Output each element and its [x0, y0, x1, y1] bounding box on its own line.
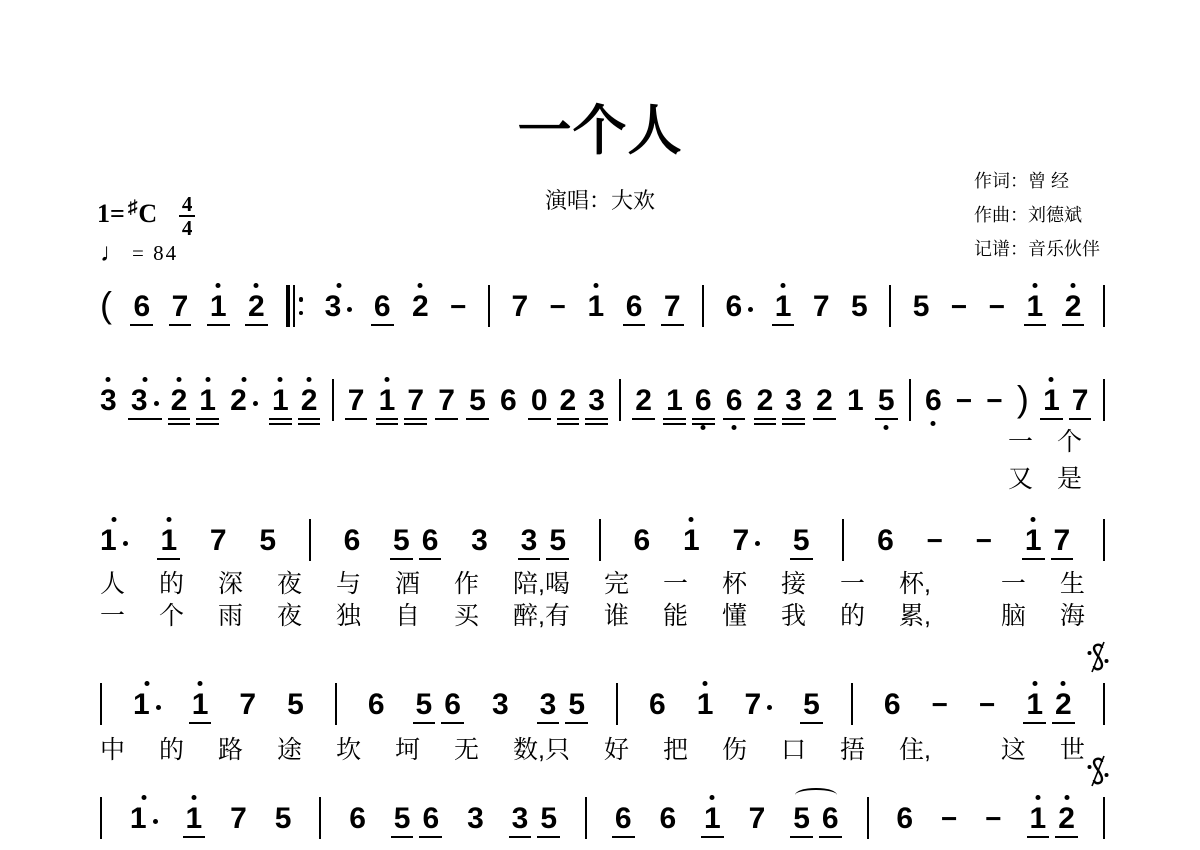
- note: 2: [1065, 292, 1082, 322]
- barline: [1103, 519, 1105, 561]
- beam-group: 35: [540, 690, 585, 720]
- underline: [269, 423, 292, 426]
- note-digit: 5: [913, 292, 930, 322]
- note-digit: 3: [512, 804, 529, 834]
- lyricist-credit: 作词：曾 经: [974, 164, 1100, 198]
- underline: [723, 418, 746, 421]
- note-digit: 7: [348, 386, 365, 416]
- note-digit: 3: [100, 386, 117, 416]
- note-digit: 1: [133, 690, 150, 720]
- octave-dot-high: [307, 377, 312, 382]
- note: 1: [1027, 292, 1044, 322]
- note-digit: 3: [588, 386, 605, 416]
- note: 1: [775, 292, 792, 322]
- lyric-syllable: 一: [663, 570, 688, 598]
- lyric-syllable: 自: [395, 602, 420, 630]
- underline: [1069, 418, 1092, 421]
- octave-dot-high: [141, 795, 146, 800]
- note: 2: [816, 386, 833, 416]
- underline: [537, 722, 560, 725]
- tempo-value: = 84: [132, 241, 178, 266]
- note-digit: 2: [1065, 292, 1082, 322]
- octave-dot-high: [1071, 283, 1076, 288]
- lyric-syllable: 好: [604, 736, 629, 764]
- note: 3: [785, 386, 802, 416]
- note: 5: [793, 804, 810, 834]
- dash: −: [941, 804, 957, 834]
- note: 7: [732, 526, 760, 556]
- note: 5: [540, 804, 557, 834]
- note-digit: 6: [626, 292, 643, 322]
- time-signature-numerator: 4: [182, 194, 193, 214]
- beam-group: 12: [1026, 690, 1071, 720]
- underline: [345, 418, 368, 421]
- underline: [245, 324, 268, 327]
- lyric-syllable: 世: [1060, 736, 1085, 764]
- underline: [1040, 418, 1063, 421]
- note-digit: 3: [471, 526, 488, 556]
- note-digit: 3: [325, 292, 342, 322]
- note-digit: 1: [272, 386, 289, 416]
- underline: [557, 423, 580, 426]
- underline: [632, 418, 655, 421]
- key-signature: 1=♯C 4 4: [97, 192, 195, 236]
- note: 5: [469, 386, 486, 416]
- note: 6: [726, 386, 743, 416]
- barline: [1103, 285, 1105, 327]
- underline: [130, 324, 153, 327]
- barline: [309, 519, 311, 561]
- octave-dot-high: [336, 283, 341, 288]
- note: 7: [1072, 386, 1089, 416]
- octave-dot-high: [191, 795, 196, 800]
- note-digit: 6: [877, 526, 894, 556]
- barline: [909, 379, 911, 421]
- underline: [128, 418, 162, 421]
- note: 7: [1054, 526, 1071, 556]
- note-digit: 1: [775, 292, 792, 322]
- note-digit: 1: [1043, 386, 1060, 416]
- lyric-syllable: 的: [840, 602, 865, 630]
- dash: −: [951, 292, 967, 322]
- time-signature-denominator: 4: [182, 218, 193, 238]
- note-digit: 2: [301, 386, 318, 416]
- note: 5: [878, 386, 895, 416]
- note: 7: [407, 386, 424, 416]
- lyric-syllable: 杯,: [899, 570, 931, 598]
- notation-line-1: (6712362−7−16761755−−12: [100, 282, 1105, 322]
- note: 1: [683, 526, 700, 556]
- note-digit: 2: [757, 386, 774, 416]
- beam-group: 12: [1030, 804, 1075, 834]
- note: 5: [793, 526, 810, 556]
- lyric-syllable: 接: [781, 570, 806, 598]
- note-digit: 3: [131, 386, 148, 416]
- note-digit: 5: [393, 526, 410, 556]
- note: 2: [560, 386, 577, 416]
- note: 6: [500, 386, 517, 416]
- note-digit: 6: [500, 386, 517, 416]
- underline: [772, 324, 795, 327]
- octave-dot-high: [710, 795, 715, 800]
- note: 1: [160, 526, 177, 556]
- lyric-row-verse1: 人的深夜与酒作陪,喝完一杯接一杯,一生: [100, 570, 1085, 598]
- note-digit: 5: [878, 386, 895, 416]
- underline: [441, 722, 464, 725]
- lyric-syllable: 脑: [1001, 602, 1026, 630]
- note-digit: 1: [1025, 526, 1042, 556]
- underline: [1055, 836, 1078, 839]
- octave-dot-high: [254, 283, 259, 288]
- underline: [419, 836, 442, 839]
- note-digit: 2: [1055, 690, 1072, 720]
- augmentation-dot: [153, 819, 158, 824]
- repeat-dots: [299, 297, 304, 315]
- note-digit: 6: [925, 386, 942, 416]
- note-digit: 3: [540, 690, 557, 720]
- note: 2: [412, 292, 429, 322]
- barline: [1103, 379, 1105, 421]
- note: 6: [925, 386, 942, 416]
- barline: [1103, 683, 1105, 725]
- note-digit: 5: [549, 526, 566, 556]
- note: 3: [131, 386, 159, 416]
- final-barline-with-segno: [1103, 797, 1105, 834]
- note-digit: 7: [512, 292, 529, 322]
- underline: [157, 558, 180, 561]
- note-digit: 5: [394, 804, 411, 834]
- lyric-syllable: 人: [100, 570, 125, 598]
- beam-group: 17: [1043, 386, 1088, 416]
- augmentation-dot: [748, 307, 753, 312]
- final-barline-with-segno: [1103, 683, 1105, 720]
- note-digit: 1: [683, 526, 700, 556]
- underline: [196, 423, 219, 426]
- note-digit: 5: [793, 526, 810, 556]
- lyric-syllable: 作: [454, 570, 479, 598]
- note-digit: 6: [344, 526, 361, 556]
- octave-dot-high: [1032, 283, 1037, 288]
- note-digit: 1: [697, 690, 714, 720]
- note: 6: [822, 804, 839, 834]
- octave-dot-high: [111, 517, 116, 522]
- note: 6: [349, 804, 366, 834]
- lyric-row: 又是: [1008, 461, 1082, 498]
- underline: [800, 722, 823, 725]
- underline: [1023, 722, 1046, 725]
- note: 2: [635, 386, 652, 416]
- note-digit: 6: [444, 690, 461, 720]
- lyric-syllable: 这: [1001, 736, 1026, 764]
- lyric-syllable: 能: [663, 602, 688, 630]
- octave-dot-high: [1031, 517, 1036, 522]
- underline: [701, 836, 724, 839]
- lyric-syllable: 个: [1057, 424, 1082, 461]
- dash: −: [927, 526, 943, 556]
- note: 1: [704, 804, 721, 834]
- note: 6: [368, 690, 385, 720]
- note-digit: 6: [615, 804, 632, 834]
- lyric-syllable: 个: [159, 602, 184, 630]
- note-digit: 1: [186, 804, 203, 834]
- note-digit: 7: [407, 386, 424, 416]
- lyric-syllable: 口: [781, 736, 806, 764]
- note-digit: 5: [275, 804, 292, 834]
- note: 5: [287, 690, 304, 720]
- note: 5: [393, 526, 410, 556]
- octave-dot-high: [198, 681, 203, 686]
- underline: [298, 423, 321, 426]
- underline: [754, 423, 777, 426]
- note: 2: [171, 386, 188, 416]
- note: 2: [230, 386, 258, 416]
- underline: [168, 418, 191, 421]
- beam-group: 16: [666, 386, 711, 416]
- quarter-note-icon: ♩: [100, 238, 126, 268]
- note-digit: 1: [130, 804, 147, 834]
- lyric-syllable: 懂: [722, 602, 747, 630]
- note-digit: 1: [192, 690, 209, 720]
- note: 2: [1055, 690, 1072, 720]
- note-digit: 3: [521, 526, 538, 556]
- lyric-syllable: 又: [1008, 461, 1033, 498]
- lyric-syllable: 海: [1060, 602, 1085, 630]
- note-digit: 5: [259, 526, 276, 556]
- octave-dot-high: [144, 681, 149, 686]
- note: 7: [210, 526, 227, 556]
- lyric-syllable: 醉,有: [513, 602, 570, 630]
- octave-dot-high: [142, 377, 147, 382]
- augmentation-dot: [253, 401, 258, 406]
- note: 2: [757, 386, 774, 416]
- beam-group: 12: [272, 386, 317, 416]
- note: 6: [726, 292, 754, 322]
- note-digit: 1: [100, 526, 117, 556]
- note-digit: 2: [248, 292, 265, 322]
- note: 3: [467, 804, 484, 834]
- note-digit: 7: [664, 292, 681, 322]
- note: 1: [1025, 526, 1042, 556]
- note-digit: 6: [726, 386, 743, 416]
- underline: [754, 418, 777, 421]
- octave-dot-high: [1049, 377, 1054, 382]
- barline: [599, 519, 601, 561]
- dash: −: [989, 292, 1005, 322]
- note-digit: 5: [851, 292, 868, 322]
- lyric-syllable: 途: [277, 736, 302, 764]
- underline: [207, 324, 230, 327]
- repeat-thin-bar: [293, 285, 295, 327]
- note: 5: [549, 526, 566, 556]
- octave-dot-high: [216, 283, 221, 288]
- augmentation-dot: [755, 541, 760, 546]
- composer-credit: 作曲：刘德斌: [974, 198, 1100, 232]
- repeat-open-icon: [286, 285, 303, 327]
- note-digit: 7: [732, 526, 749, 556]
- underline: [435, 418, 458, 421]
- note: 3: [540, 690, 557, 720]
- note-digit: 2: [230, 386, 247, 416]
- lyric-syllable: 伤: [722, 736, 747, 764]
- underline: [528, 418, 551, 421]
- note: 1: [192, 690, 209, 720]
- note-digit: 5: [568, 690, 585, 720]
- dash: −: [450, 292, 466, 322]
- note-digit: 6: [822, 804, 839, 834]
- lyric-syllable: 杯: [722, 570, 747, 598]
- key-letter: C: [138, 199, 157, 229]
- underline: [813, 418, 836, 421]
- lyric-syllable: [965, 736, 967, 764]
- lyric-syllable: [965, 602, 967, 630]
- octave-dot-high: [166, 517, 171, 522]
- note: 1: [588, 292, 605, 322]
- note-digit: 6: [133, 292, 150, 322]
- beam-group: 023: [531, 386, 605, 416]
- underline: [1052, 722, 1075, 725]
- note: 6: [695, 386, 712, 416]
- beam-group: 35: [512, 804, 557, 834]
- note: 6: [422, 804, 439, 834]
- octave-dot-high: [1035, 795, 1040, 800]
- beam-group: 56: [394, 804, 439, 834]
- note-digit: 1: [666, 386, 683, 416]
- note-digit: 1: [199, 386, 216, 416]
- underline: [196, 418, 219, 421]
- repeat-thick-bar: [286, 285, 290, 327]
- beam-group: 321: [131, 386, 216, 416]
- note: 3: [588, 386, 605, 416]
- dash: −: [986, 386, 1002, 416]
- note: 1: [379, 386, 396, 416]
- octave-dot-high: [278, 377, 283, 382]
- note-digit: 7: [210, 526, 227, 556]
- augmentation-dot: [347, 307, 352, 312]
- note-digit: 2: [171, 386, 188, 416]
- note-digit: 1: [588, 292, 605, 322]
- underline: [875, 418, 898, 421]
- lyric-syllable: 一: [100, 602, 125, 630]
- note-digit: 3: [785, 386, 802, 416]
- octave-dot-high: [205, 377, 210, 382]
- note: 6: [626, 292, 643, 322]
- underline: [546, 558, 569, 561]
- slur-group: 56: [793, 804, 838, 834]
- beam-group: 56: [393, 526, 438, 556]
- note-digit: 6: [649, 690, 666, 720]
- note: 6: [896, 804, 913, 834]
- augmentation-dot: [156, 705, 161, 710]
- note-digit: 1: [210, 292, 227, 322]
- note: 0: [531, 386, 548, 416]
- note-digit: 7: [1054, 526, 1071, 556]
- note: 7: [744, 690, 772, 720]
- paren-open: (: [100, 288, 112, 322]
- underline: [663, 418, 686, 421]
- underline: [419, 558, 442, 561]
- note: 7: [664, 292, 681, 322]
- note: 3: [492, 690, 509, 720]
- lyric-syllable: 一: [1008, 424, 1033, 461]
- lyric-syllable: 住,: [899, 736, 931, 764]
- note-digit: 1: [847, 386, 864, 416]
- lyric-syllable: 生: [1060, 570, 1085, 598]
- underline: [298, 418, 321, 421]
- octave-dot-high: [689, 517, 694, 522]
- note: 1: [100, 526, 128, 556]
- octave-dot-high: [593, 283, 598, 288]
- note-digit: 6: [659, 804, 676, 834]
- octave-dot-high: [703, 681, 708, 686]
- note-digit: 3: [492, 690, 509, 720]
- underline: [1051, 558, 1074, 561]
- octave-dot-high: [106, 377, 111, 382]
- augmentation-dot: [767, 705, 772, 710]
- note-digit: 1: [160, 526, 177, 556]
- note: 5: [259, 526, 276, 556]
- underline: [371, 324, 394, 327]
- key-prefix: 1=: [97, 199, 125, 229]
- time-signature: 4 4: [179, 194, 195, 238]
- note-digit: 2: [1058, 804, 1075, 834]
- underline: [509, 836, 532, 839]
- note: 6: [344, 526, 361, 556]
- note-digit: 7: [230, 804, 247, 834]
- underline: [692, 423, 715, 426]
- slur-arc: [795, 788, 836, 802]
- dash: −: [976, 526, 992, 556]
- note-digit: 6: [349, 804, 366, 834]
- underline: [782, 418, 805, 421]
- repeat-dot: [299, 297, 304, 302]
- notation-line-4: 117565633561756−−12: [100, 680, 1105, 720]
- barline: [335, 683, 337, 725]
- note: 7: [438, 386, 455, 416]
- barline: [100, 797, 102, 839]
- lyric-syllable: 是: [1057, 461, 1082, 498]
- note: 7: [749, 804, 766, 834]
- lyric-row-verse2: 一个雨夜独自买醉,有谁能懂我的累,脑海: [100, 602, 1085, 630]
- note: 7: [348, 386, 365, 416]
- underline: [782, 423, 805, 426]
- note: 1: [210, 292, 227, 322]
- underline: [391, 836, 414, 839]
- lyric-line-end-block: 一个 又是: [1008, 424, 1082, 498]
- underline: [413, 722, 436, 725]
- note: 6: [634, 526, 651, 556]
- segno-icon: [1087, 755, 1109, 787]
- note: 1: [1043, 386, 1060, 416]
- underline: [692, 418, 715, 421]
- underline: [537, 836, 560, 839]
- lyric-syllable: 一: [840, 570, 865, 598]
- lyric-syllable: 把: [663, 736, 688, 764]
- underline: [169, 324, 192, 327]
- beam-group: 35: [521, 526, 566, 556]
- note-digit: 5: [793, 804, 810, 834]
- note: 6: [884, 690, 901, 720]
- underline: [623, 324, 646, 327]
- sharp-icon: ♯: [128, 197, 138, 219]
- dash: −: [979, 690, 995, 720]
- transcriber-credit: 记谱：音乐伙伴: [974, 232, 1100, 266]
- note-digit: 6: [374, 292, 391, 322]
- note-digit: 7: [749, 804, 766, 834]
- lyric-syllable: 夜: [277, 602, 302, 630]
- note-digit: 2: [412, 292, 429, 322]
- underline: [404, 423, 427, 426]
- note-digit: 5: [469, 386, 486, 416]
